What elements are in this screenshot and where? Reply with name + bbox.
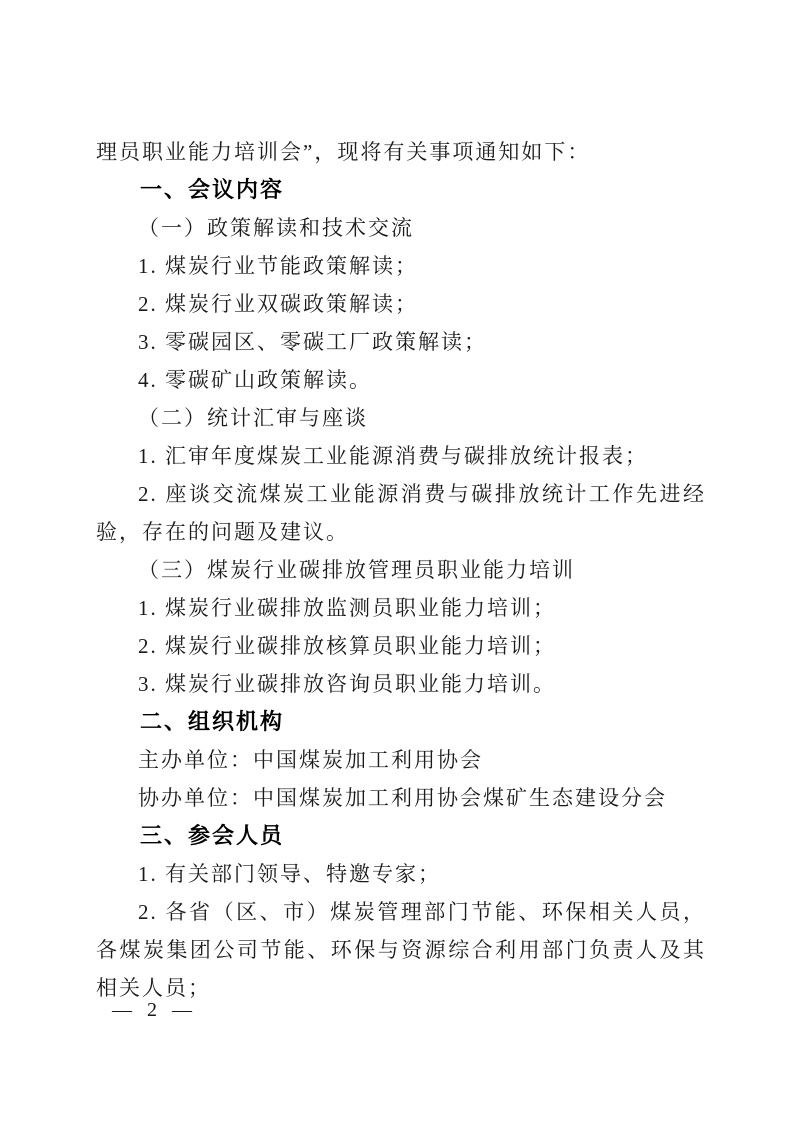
document-body: 理员职业能力培训会”，现将有关事项通知如下： 一、会议内容 （一）政策解读和技术… bbox=[96, 133, 706, 1007]
list-item: 1. 煤炭行业碳排放监测员职业能力培训； bbox=[96, 589, 706, 627]
list-item: 2. 煤炭行业碳排放核算员职业能力培训； bbox=[96, 627, 706, 665]
list-item: 1. 有关部门领导、特邀专家； bbox=[96, 855, 706, 893]
section-2-heading: 二、组织机构 bbox=[96, 703, 706, 741]
list-item: 2. 各省（区、市）煤炭管理部门节能、环保相关人员，各煤炭集团公司节能、环保与资… bbox=[96, 893, 706, 1007]
section-3-heading: 三、参会人员 bbox=[96, 817, 706, 855]
section-1-heading: 一、会议内容 bbox=[96, 171, 706, 209]
list-item: 3. 零碳园区、零碳工厂政策解读； bbox=[96, 323, 706, 361]
subsection-2-heading: （二）统计汇审与座谈 bbox=[96, 399, 706, 437]
organizer-line: 主办单位：中国煤炭加工利用协会 bbox=[96, 741, 706, 779]
subsection-3-heading: （三）煤炭行业碳排放管理员职业能力培训 bbox=[96, 551, 706, 589]
co-organizer-line: 协办单位：中国煤炭加工利用协会煤矿生态建设分会 bbox=[96, 779, 706, 817]
list-item: 1. 煤炭行业节能政策解读； bbox=[96, 247, 706, 285]
list-item: 4. 零碳矿山政策解读。 bbox=[96, 361, 706, 399]
list-item: 3. 煤炭行业碳排放咨询员职业能力培训。 bbox=[96, 665, 706, 703]
document-page: 理员职业能力培训会”，现将有关事项通知如下： 一、会议内容 （一）政策解读和技术… bbox=[0, 0, 794, 1123]
page-number: — 2 — bbox=[112, 999, 193, 1021]
list-item: 1. 汇审年度煤炭工业能源消费与碳排放统计报表； bbox=[96, 437, 706, 475]
list-item: 2. 煤炭行业双碳政策解读； bbox=[96, 285, 706, 323]
paragraph-continuation: 理员职业能力培训会”，现将有关事项通知如下： bbox=[96, 133, 706, 171]
subsection-1-heading: （一）政策解读和技术交流 bbox=[96, 209, 706, 247]
list-item: 2. 座谈交流煤炭工业能源消费与碳排放统计工作先进经验，存在的问题及建议。 bbox=[96, 475, 706, 551]
page-footer: — 2 — bbox=[112, 997, 193, 1023]
